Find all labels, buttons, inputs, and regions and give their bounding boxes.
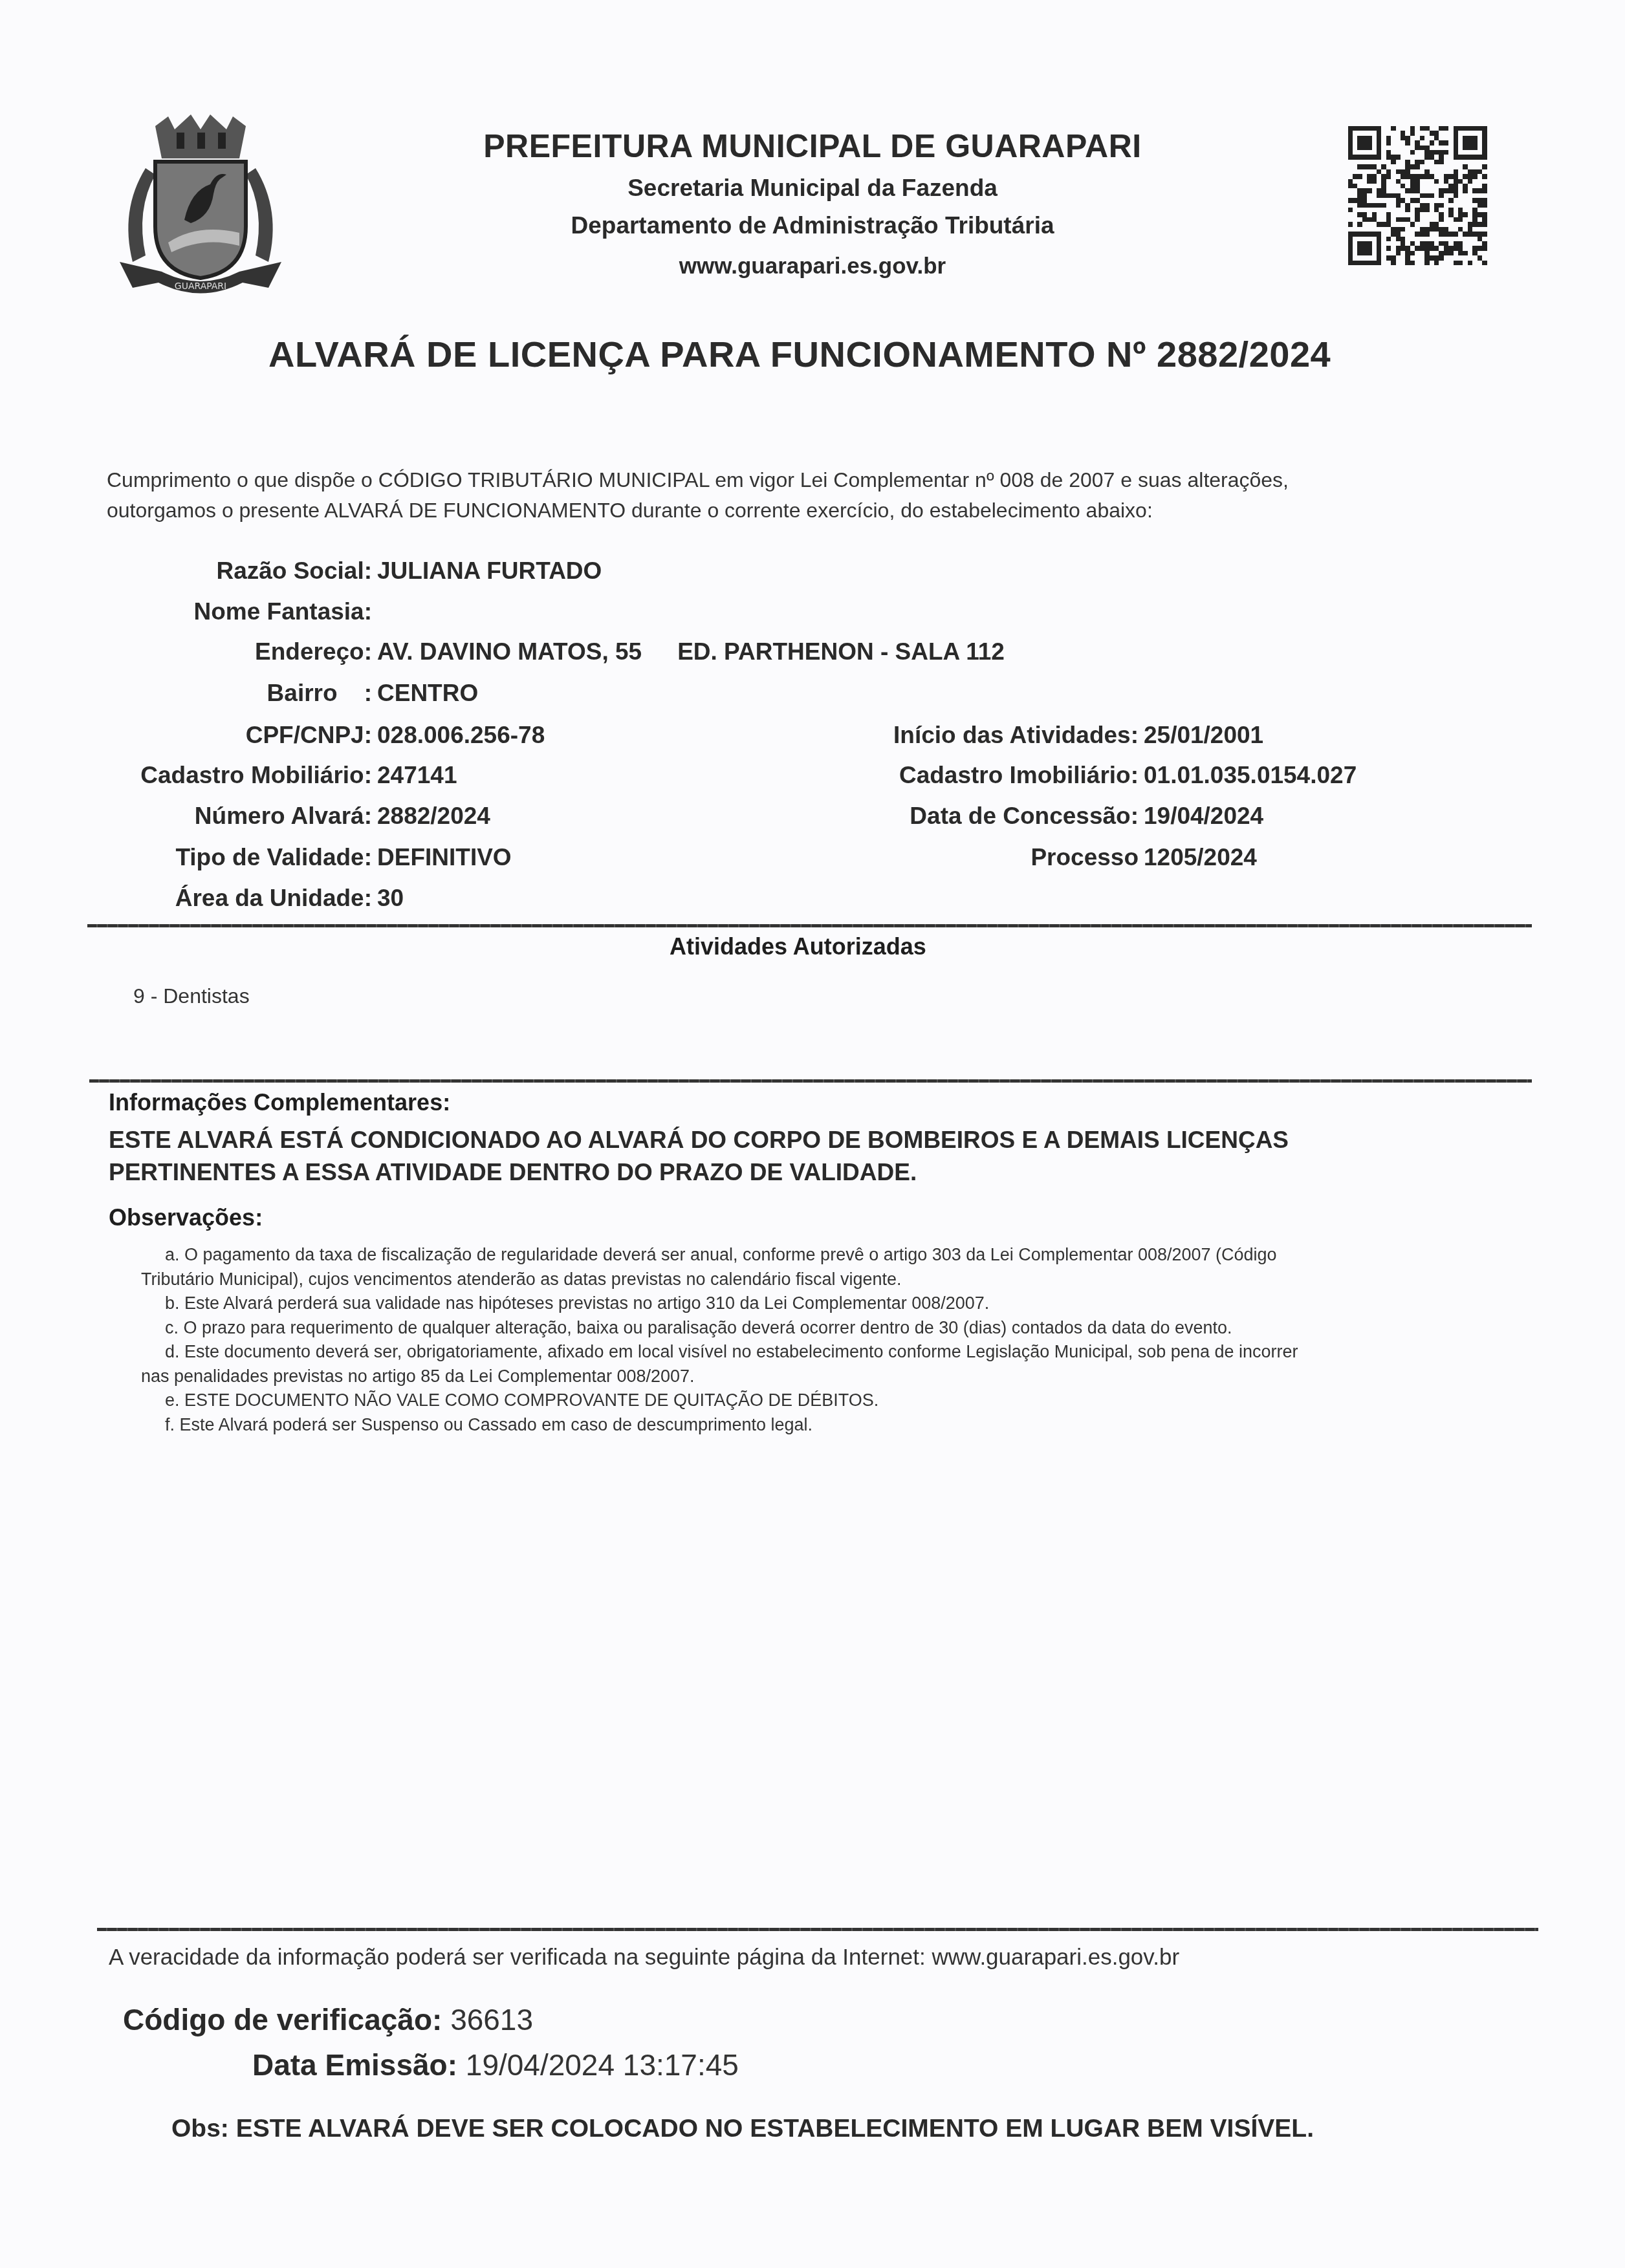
field-row: Processo1205/2024 <box>647 844 1257 871</box>
field-value: 2882/2024 <box>372 803 490 830</box>
field-value: CENTRO <box>372 680 478 707</box>
emission-date-value: 19/04/2024 13:17:45 <box>466 2048 739 2082</box>
observation-line: nas penalidades previstas no artigo 85 d… <box>141 1366 695 1387</box>
field-row: Cadastro Imobiliário:01.01.035.0154.027 <box>647 762 1357 789</box>
field-label: Data de Concessão: <box>647 803 1139 830</box>
field-value: 01.01.035.0154.027 <box>1139 762 1357 789</box>
field-value: AV. DAVINO MATOS, 55 <box>372 638 642 665</box>
field-row: Razão Social:JULIANA FURTADO <box>100 557 602 585</box>
observations-heading: Observações: <box>109 1204 263 1231</box>
field-row: CPF/CNPJ:028.006.256-78 <box>100 722 545 749</box>
divider <box>89 1079 1532 1083</box>
emission-date-label: Data Emissão: <box>252 2048 457 2082</box>
field-row: Cadastro Mobiliário:247141 <box>100 762 457 789</box>
field-row: Início das Atividades:25/01/2001 <box>647 722 1263 749</box>
header-title: PREFEITURA MUNICIPAL DE GUARAPARI <box>0 127 1625 165</box>
observation-line: d. Este documento deverá ser, obrigatori… <box>165 1342 1298 1362</box>
field-value: DEFINITIVO <box>372 844 512 871</box>
verification-code-label: Código de verificação: <box>123 2003 442 2036</box>
field-row: Nome Fantasia: <box>100 598 377 625</box>
field-value: 1205/2024 <box>1139 844 1257 871</box>
field-row: Endereço:AV. DAVINO MATOS, 55ED. PARTHEN… <box>100 638 1005 665</box>
observation-line: b. Este Alvará perderá sua validade nas … <box>165 1293 989 1313</box>
document-title: ALVARÁ DE LICENÇA PARA FUNCIONAMENTO Nº … <box>268 333 1331 375</box>
header-secretaria: Secretaria Municipal da Fazenda <box>0 175 1625 202</box>
svg-text:GUARAPARI: GUARAPARI <box>175 281 226 292</box>
final-observation: Obs: ESTE ALVARÁ DEVE SER COLOCADO NO ES… <box>171 2115 1314 2143</box>
verification-code: Código de verificação: 36613 <box>123 2002 533 2037</box>
activities-heading: Atividades Autorizadas <box>670 933 926 960</box>
complementary-line-2: PERTINENTES A ESSA ATIVIDADE DENTRO DO P… <box>109 1159 917 1186</box>
field-label: Endereço: <box>100 638 372 665</box>
field-value: 25/01/2001 <box>1139 722 1263 749</box>
observation-line: Tributário Municipal), cujos vencimentos… <box>141 1269 902 1290</box>
field-label: CPF/CNPJ: <box>100 722 372 749</box>
observation-line: c. O prazo para requerimento de qualquer… <box>165 1318 1232 1338</box>
field-value: 028.006.256-78 <box>372 722 545 749</box>
field-value-extra: ED. PARTHENON - SALA 112 <box>642 638 1005 665</box>
intro-line-1: Cumprimento o que dispõe o CÓDIGO TRIBUT… <box>107 468 1289 492</box>
divider <box>97 1928 1538 1931</box>
header-website: www.guarapari.es.gov.br <box>0 254 1625 279</box>
field-label: Bairro : <box>100 680 372 707</box>
field-label: Área da Unidade: <box>100 885 372 912</box>
field-value: 30 <box>372 885 404 912</box>
field-value: 19/04/2024 <box>1139 803 1263 830</box>
field-row: Bairro :CENTRO <box>100 680 478 707</box>
field-value: 247141 <box>372 762 457 789</box>
verification-note: A veracidade da informação poderá ser ve… <box>109 1945 1179 1971</box>
intro-line-2: outorgamos o presente ALVARÁ DE FUNCIONA… <box>107 499 1153 523</box>
field-label: Processo <box>647 844 1139 871</box>
divider <box>87 924 1532 927</box>
observation-line: a. O pagamento da taxa de fiscalização d… <box>165 1245 1277 1265</box>
activity-item: 9 - Dentistas <box>133 984 250 1008</box>
field-label: Tipo de Validade: <box>100 844 372 871</box>
field-row: Área da Unidade:30 <box>100 885 404 912</box>
field-label: Cadastro Mobiliário: <box>100 762 372 789</box>
complementary-heading: Informações Complementares: <box>109 1089 450 1116</box>
field-label: Início das Atividades: <box>647 722 1139 749</box>
observation-line: e. ESTE DOCUMENTO NÃO VALE COMO COMPROVA… <box>165 1390 878 1410</box>
verification-code-value: 36613 <box>450 2003 533 2036</box>
header-departamento: Departamento de Administração Tributária <box>0 212 1625 239</box>
field-row: Data de Concessão:19/04/2024 <box>647 803 1263 830</box>
emission-date: Data Emissão: 19/04/2024 13:17:45 <box>252 2047 739 2082</box>
field-row: Número Alvará:2882/2024 <box>100 803 490 830</box>
complementary-line-1: ESTE ALVARÁ ESTÁ CONDICIONADO AO ALVARÁ … <box>109 1127 1289 1154</box>
observation-line: f. Este Alvará poderá ser Suspenso ou Ca… <box>165 1415 812 1435</box>
field-value: JULIANA FURTADO <box>372 557 602 585</box>
field-label: Número Alvará: <box>100 803 372 830</box>
field-row: Tipo de Validade:DEFINITIVO <box>100 844 512 871</box>
field-label: Cadastro Imobiliário: <box>647 762 1139 789</box>
field-label: Razão Social: <box>100 557 372 585</box>
field-label: Nome Fantasia: <box>100 598 372 625</box>
